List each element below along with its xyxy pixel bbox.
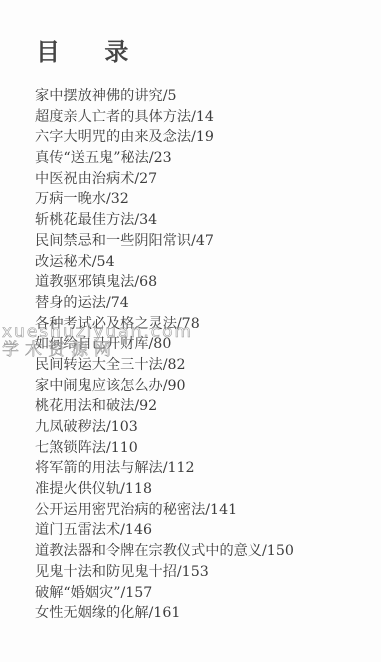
table-of-contents: 家中摆放神佛的讲究/5超度亲人亡者的具体方法/14六字大明咒的由来及念法/19真… xyxy=(35,86,294,624)
toc-entry-label: 真传“送五鬼”秘法 xyxy=(35,150,149,166)
toc-entry-page-number: 150 xyxy=(267,543,294,559)
toc-entry: 九凤破秽法/103 xyxy=(35,417,294,438)
toc-entry: 七煞锁阵法/110 xyxy=(35,438,294,459)
toc-entry-page-number: 5 xyxy=(167,88,176,104)
toc-entry-label: 女性无姻缘的化解 xyxy=(35,605,149,621)
toc-entry-page-number: 27 xyxy=(139,171,157,187)
toc-entry-label: 斩桃花最佳方法 xyxy=(35,212,134,228)
toc-entry-page-number: 34 xyxy=(139,212,157,228)
toc-entry-label: 民间转运大全三十法 xyxy=(35,357,163,373)
toc-entry-label: 家中闹鬼应该怎么办 xyxy=(35,378,163,394)
toc-entry: 公开运用密咒治病的秘密法/141 xyxy=(35,500,294,521)
toc-entry: 民间转运大全三十法/82 xyxy=(35,355,294,376)
toc-entry-page-number: 47 xyxy=(196,233,214,249)
toc-entry-page-number: 68 xyxy=(139,274,157,290)
toc-entry-label: 万病一晚水 xyxy=(35,191,106,207)
toc-entry-page-number: 14 xyxy=(196,109,214,125)
toc-entry-page-number: 146 xyxy=(125,522,152,538)
toc-entry-label: 破解“婚姻灾” xyxy=(35,585,120,601)
toc-entry-page-number: 54 xyxy=(97,254,115,270)
toc-entry: 替身的运法/74 xyxy=(35,293,294,314)
toc-entry: 将军箭的用法与解法/112 xyxy=(35,458,294,479)
toc-entry: 六字大明咒的由来及念法/19 xyxy=(35,127,294,148)
toc-entry-page-number: 78 xyxy=(182,316,200,332)
toc-entry: 见鬼十法和防见鬼十招/153 xyxy=(35,562,294,583)
toc-entry-label: 各种考试必及格之灵法 xyxy=(35,316,177,332)
toc-entry-label: 将军箭的用法与解法 xyxy=(35,460,163,476)
toc-entry-label: 家中摆放神佛的讲究 xyxy=(35,88,163,104)
toc-entry-page-number: 92 xyxy=(139,398,157,414)
toc-entry: 万病一晚水/32 xyxy=(35,189,294,210)
toc-entry: 破解“婚姻灾”/157 xyxy=(35,583,294,604)
toc-entry: 各种考试必及格之灵法/78 xyxy=(35,314,294,335)
toc-entry: 超度亲人亡者的具体方法/14 xyxy=(35,107,294,128)
toc-entry-label: 如何给自己开财库 xyxy=(35,336,149,352)
toc-entry-page-number: 80 xyxy=(153,336,171,352)
toc-entry-label: 六字大明咒的由来及念法 xyxy=(35,129,191,145)
toc-entry: 真传“送五鬼”秘法/23 xyxy=(35,148,294,169)
toc-entry-label: 改运秘术 xyxy=(35,254,92,270)
toc-entry-label: 桃花用法和破法 xyxy=(35,398,134,414)
toc-entry-label: 超度亲人亡者的具体方法 xyxy=(35,109,191,125)
toc-entry: 改运秘术/54 xyxy=(35,252,294,273)
toc-entry: 女性无姻缘的化解/161 xyxy=(35,603,294,624)
toc-entry-label: 民间禁忌和一些阴阳常识 xyxy=(35,233,191,249)
book-page: 目 录 家中摆放神佛的讲究/5超度亲人亡者的具体方法/14六字大明咒的由来及念法… xyxy=(0,0,381,662)
toc-entry-page-number: 82 xyxy=(167,357,185,373)
toc-entry-label: 九凤破秽法 xyxy=(35,419,106,435)
toc-entry: 家中闹鬼应该怎么办/90 xyxy=(35,376,294,397)
toc-entry-page-number: 141 xyxy=(210,502,237,518)
toc-entry-label: 替身的运法 xyxy=(35,295,106,311)
toc-entry-page-number: 118 xyxy=(125,481,152,497)
toc-entry-page-number: 110 xyxy=(111,440,138,456)
toc-entry-label: 道教法器和令牌在宗教仪式中的意义 xyxy=(35,543,262,559)
toc-entry: 中医祝由治病术/27 xyxy=(35,169,294,190)
toc-entry: 如何给自己开财库/80 xyxy=(35,334,294,355)
toc-entry: 民间禁忌和一些阴阳常识/47 xyxy=(35,231,294,252)
toc-entry-label: 中医祝由治病术 xyxy=(35,171,134,187)
toc-entry-label: 公开运用密咒治病的秘密法 xyxy=(35,502,205,518)
toc-entry: 道教法器和令牌在宗教仪式中的意义/150 xyxy=(35,541,294,562)
toc-entry-page-number: 74 xyxy=(111,295,129,311)
toc-entry-page-number: 32 xyxy=(111,191,129,207)
toc-entry: 桃花用法和破法/92 xyxy=(35,396,294,417)
toc-entry-page-number: 19 xyxy=(196,129,214,145)
page-title: 目 录 xyxy=(36,38,146,66)
toc-entry-page-number: 90 xyxy=(167,378,185,394)
toc-entry-label: 准提火供仪轨 xyxy=(35,481,120,497)
toc-entry: 道教驱邪镇鬼法/68 xyxy=(35,272,294,293)
toc-entry-label: 见鬼十法和防见鬼十招 xyxy=(35,564,177,580)
toc-entry-page-number: 23 xyxy=(154,150,172,166)
toc-entry-label: 道门五雷法术 xyxy=(35,522,120,538)
toc-entry: 准提火供仪轨/118 xyxy=(35,479,294,500)
toc-entry: 家中摆放神佛的讲究/5 xyxy=(35,86,294,107)
toc-entry-page-number: 103 xyxy=(111,419,138,435)
toc-entry-page-number: 153 xyxy=(182,564,209,580)
toc-entry: 道门五雷法术/146 xyxy=(35,520,294,541)
toc-entry-page-number: 157 xyxy=(125,585,152,601)
toc-entry-label: 道教驱邪镇鬼法 xyxy=(35,274,134,290)
toc-entry-page-number: 112 xyxy=(167,460,194,476)
toc-entry-label: 七煞锁阵法 xyxy=(35,440,106,456)
toc-entry-page-number: 161 xyxy=(153,605,180,621)
toc-entry: 斩桃花最佳方法/34 xyxy=(35,210,294,231)
